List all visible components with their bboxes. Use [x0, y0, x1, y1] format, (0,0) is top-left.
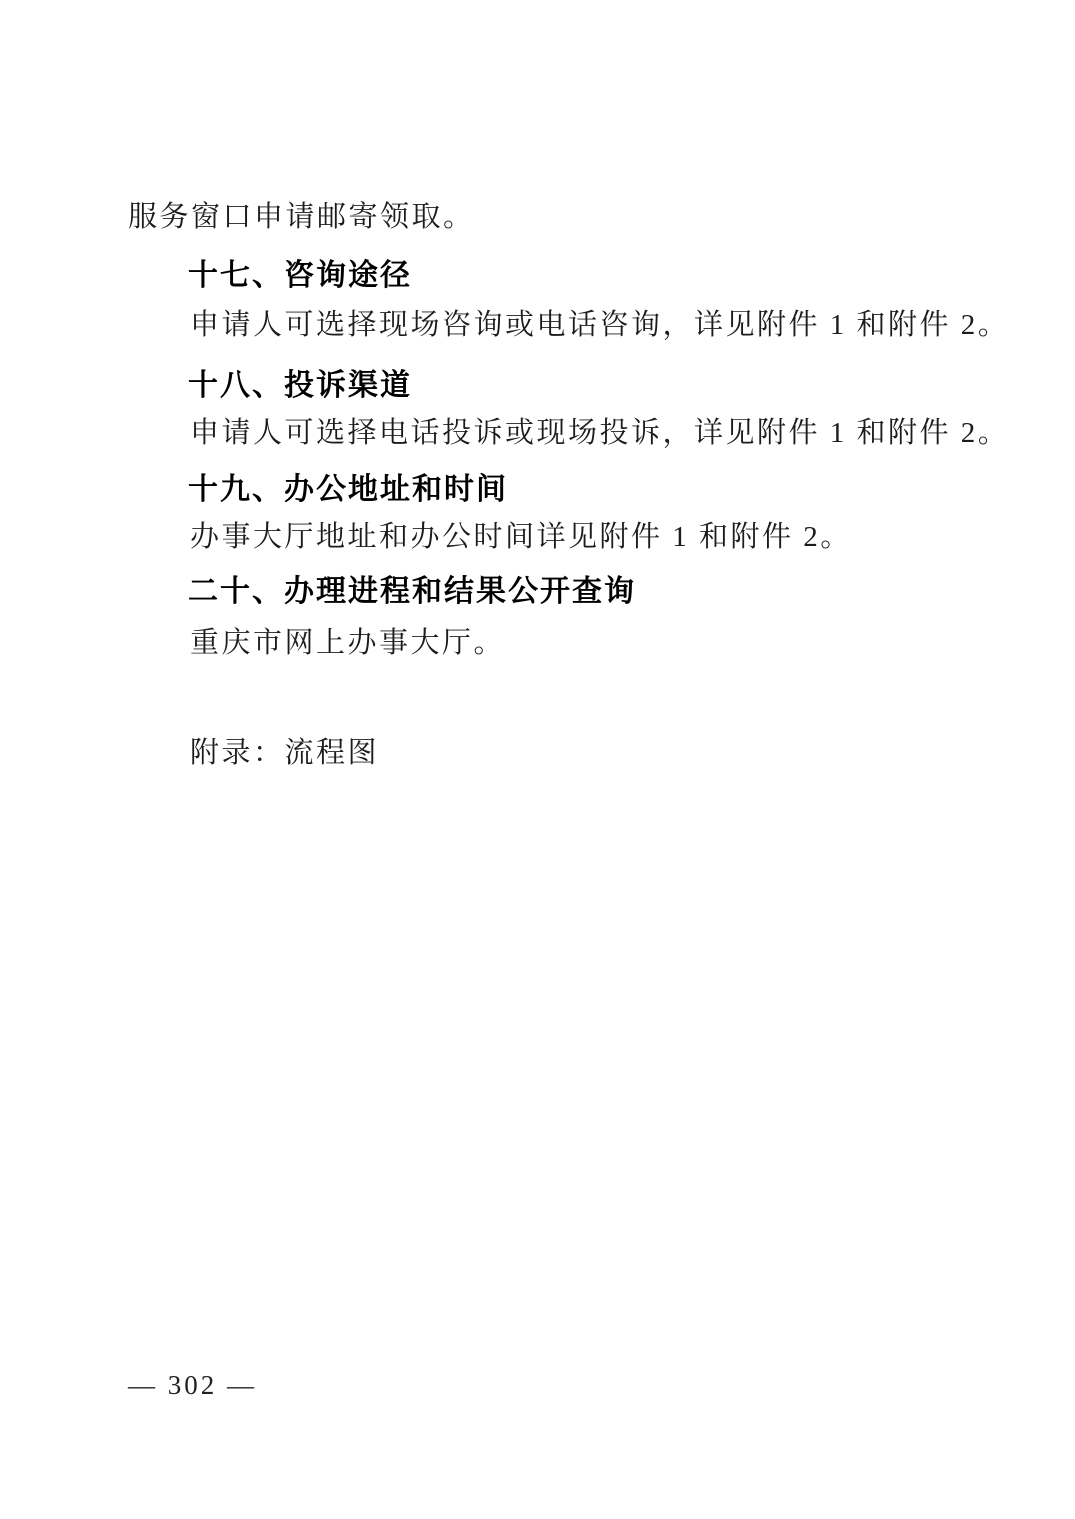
document-page: 服务窗口申请邮寄领取。 十七、咨询途径 申请人可选择现场咨询或电话咨询，详见附件… — [0, 0, 1075, 1519]
section-heading-17: 十七、咨询途径 — [188, 250, 412, 294]
section-body-18: 申请人可选择电话投诉或现场投诉，详见附件 1 和附件 2。 — [190, 410, 1009, 451]
paragraph-continuation: 服务窗口申请邮寄领取。 — [128, 194, 475, 235]
section-body-19: 办事大厅地址和办公时间详见附件 1 和附件 2。 — [190, 514, 852, 555]
section-heading-18: 十八、投诉渠道 — [188, 360, 412, 404]
appendix-note: 附录：流程图 — [190, 730, 379, 771]
section-heading-20: 二十、办理进程和结果公开查询 — [188, 566, 636, 610]
section-body-17: 申请人可选择现场咨询或电话咨询，详见附件 1 和附件 2。 — [190, 302, 1009, 343]
section-body-20: 重庆市网上办事大厅。 — [190, 620, 505, 661]
section-heading-19: 十九、办公地址和时间 — [188, 464, 508, 508]
page-number: — 302 — — [128, 1370, 257, 1401]
